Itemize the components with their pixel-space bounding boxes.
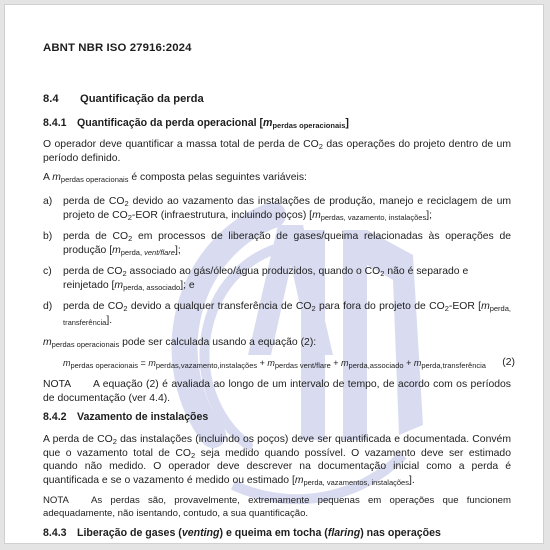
list-item-b: b) perda de CO2 em processos de liberaçã… xyxy=(43,230,511,257)
list-item-d: d) perda de CO2 devido a qualquer transf… xyxy=(43,300,511,327)
list-item-c: c) perda de CO2 associado ao gás/óleo/ág… xyxy=(43,265,511,292)
note-equation: NOTAA equação (2) é avaliada ao longo de… xyxy=(43,378,511,405)
paragraph-calculation: mperdas operacionais pode ser calculada … xyxy=(43,336,511,350)
document-header: ABNT NBR ISO 27916:2024 xyxy=(43,42,192,54)
paragraph-composition: A mperdas operacionais é composta pelas … xyxy=(43,171,511,185)
list-item-a: a) perda de CO2 devido ao vazamento das … xyxy=(43,195,511,222)
section-8-4-heading: 8.4Quantificação da perda xyxy=(43,93,204,105)
section-8-4-2-heading: 8.4.2Vazamento de instalações xyxy=(43,411,208,423)
note-losses: NOTAAs perdas são, provavelmente, extrem… xyxy=(43,495,511,520)
paragraph-facility-leakage: A perda de CO2 das instalações (incluind… xyxy=(43,433,511,487)
paragraph-operator-quantify: O operador deve quantificar a massa tota… xyxy=(43,138,511,165)
equation-2: mperdas operacionais = mperdas,vazamento… xyxy=(63,358,515,368)
equation-number: (2) xyxy=(502,357,515,368)
section-8-4-1-heading: 8.4.1Quantificação da perda operacional … xyxy=(43,117,349,129)
section-8-4-3-heading: 8.4.3Liberação de gases (venting) e quei… xyxy=(43,527,441,539)
document-page: ABNT NBR ISO 27916:2024 8.4Quantificação… xyxy=(4,4,544,544)
